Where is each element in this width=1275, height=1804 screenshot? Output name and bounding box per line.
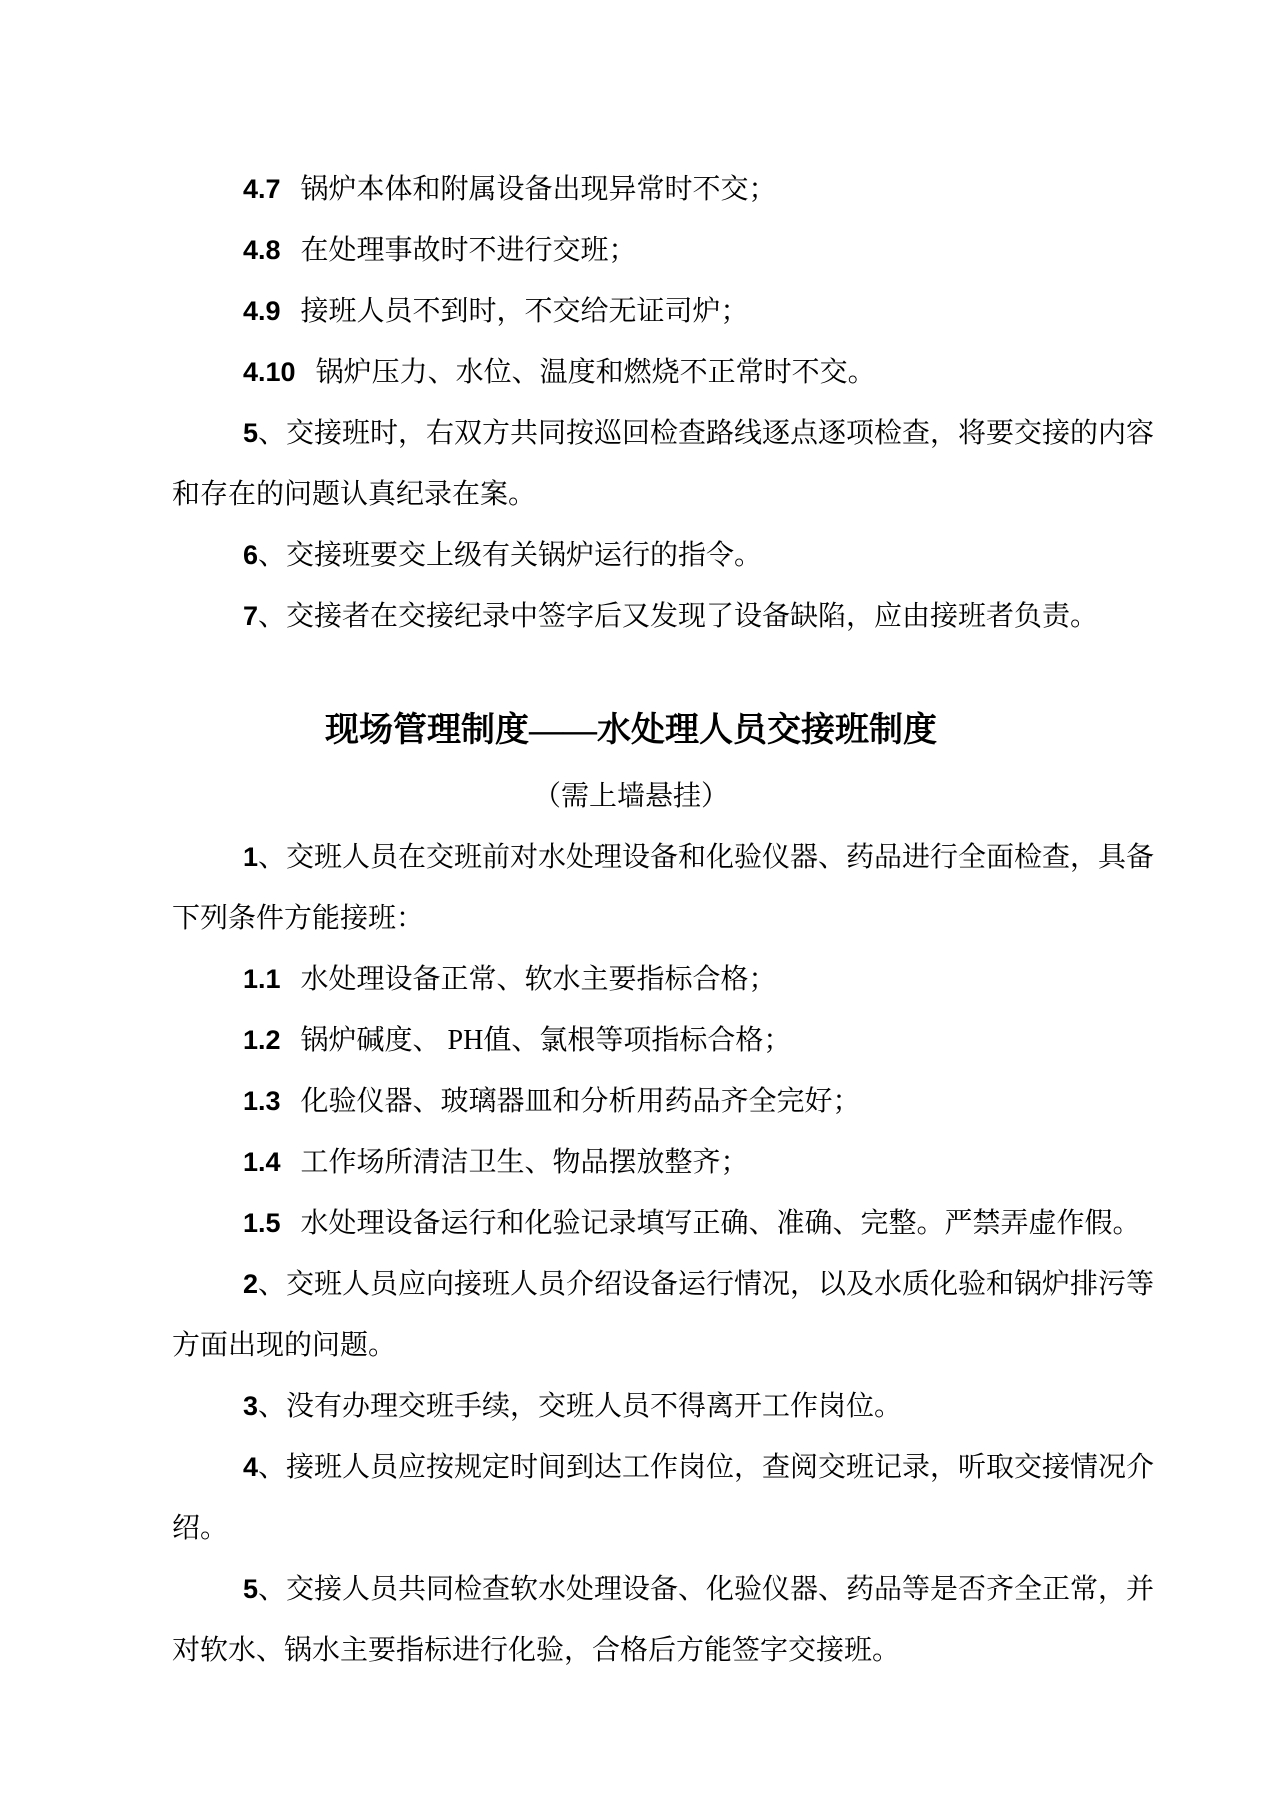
item-number: 2 [243, 1269, 258, 1299]
item-number: 4.9 [243, 296, 281, 326]
item-text: 交班人员应向接班人员介绍设备运行情况，以及水质化验和锅炉排污等 [286, 1269, 1154, 1300]
item-number-separator: 、 [258, 540, 286, 571]
item-number: 4.7 [243, 174, 281, 204]
document-body: 4.7锅炉本体和附属设备出现异常时不交；4.8在处理事故时不进行交班；4.9接班… [172, 159, 1090, 1681]
doc-continuation-line: 和存在的问题认真纪录在案。 [172, 464, 1090, 525]
doc-continuation-line: 方面出现的问题。 [172, 1315, 1090, 1376]
doc-item-line: 4.9接班人员不到时，不交给无证司炉； [172, 281, 1090, 342]
item-text: 下列条件方能接班： [172, 903, 424, 934]
item-number: 6 [243, 540, 258, 570]
item-text: 锅炉碱度、 PH值、氯根等项指标合格； [301, 1025, 792, 1056]
doc-item-line: 4.8在处理事故时不进行交班； [172, 220, 1090, 281]
item-number: 1.2 [243, 1025, 281, 1055]
item-number: 5 [243, 418, 258, 448]
doc-item-line: 1.3化验仪器、玻璃器皿和分析用药品齐全完好； [172, 1071, 1090, 1132]
doc-item-line: 7、交接者在交接纪录中签字后又发现了设备缺陷，应由接班者负责。 [172, 586, 1090, 647]
item-number-separator: 、 [258, 842, 286, 873]
document-page: 4.7锅炉本体和附属设备出现异常时不交；4.8在处理事故时不进行交班；4.9接班… [0, 0, 1275, 1804]
item-text: 交接班时，右双方共同按巡回检查路线逐点逐项检查，将要交接的内容 [286, 418, 1154, 449]
item-text: 对软水、锅水主要指标进行化验，合格后方能签字交接班。 [172, 1635, 900, 1666]
item-number: 1 [243, 842, 258, 872]
item-text: 没有办理交班手续，交班人员不得离开工作岗位。 [286, 1391, 902, 1422]
item-number: 4.8 [243, 235, 281, 265]
item-text: 接班人员不到时，不交给无证司炉； [301, 296, 749, 327]
doc-item-line: 1.2锅炉碱度、 PH值、氯根等项指标合格； [172, 1010, 1090, 1071]
item-number: 1.3 [243, 1086, 281, 1116]
section-gap [172, 647, 1090, 696]
doc-item-line: 4、接班人员应按规定时间到达工作岗位，查阅交班记录，听取交接情况介 [172, 1437, 1090, 1498]
doc-item-line: 3、没有办理交班手续，交班人员不得离开工作岗位。 [172, 1376, 1090, 1437]
doc-item-line: 1.1水处理设备正常、软水主要指标合格； [172, 949, 1090, 1010]
item-text: 在处理事故时不进行交班； [301, 235, 637, 266]
item-number: 1.1 [243, 964, 281, 994]
doc-item-line: 4.7锅炉本体和附属设备出现异常时不交； [172, 159, 1090, 220]
item-text: 锅炉压力、水位、温度和燃烧不正常时不交。 [316, 357, 876, 388]
doc-item-line: 2、交班人员应向接班人员介绍设备运行情况，以及水质化验和锅炉排污等 [172, 1254, 1090, 1315]
item-text: 交接人员共同检查软水处理设备、化验仪器、药品等是否齐全正常，并 [286, 1574, 1154, 1605]
item-text: 化验仪器、玻璃器皿和分析用药品齐全完好； [301, 1086, 861, 1117]
item-text: 接班人员应按规定时间到达工作岗位，查阅交班记录，听取交接情况介 [286, 1452, 1154, 1483]
item-text: 交接者在交接纪录中签字后又发现了设备缺陷，应由接班者负责。 [286, 601, 1098, 632]
item-text: 交班人员在交班前对水处理设备和化验仪器、药品进行全面检查，具备 [286, 842, 1154, 873]
doc-item-line: 4.10锅炉压力、水位、温度和燃烧不正常时不交。 [172, 342, 1090, 403]
item-number: 1.4 [243, 1147, 281, 1177]
item-text: 交接班要交上级有关锅炉运行的指令。 [286, 540, 762, 571]
section-subtitle: （需上墙悬挂） [172, 766, 1090, 827]
item-number: 1.5 [243, 1208, 281, 1238]
doc-item-line: 1.5水处理设备运行和化验记录填写正确、准确、完整。严禁弄虚作假。 [172, 1193, 1090, 1254]
item-number-separator: 、 [258, 1452, 286, 1483]
item-text: 绍。 [172, 1513, 228, 1544]
item-number-separator: 、 [258, 1391, 286, 1422]
item-number-separator: 、 [258, 1269, 286, 1300]
section-heading: 现场管理制度——水处理人员交接班制度 [172, 696, 1090, 766]
item-text: 水处理设备正常、软水主要指标合格； [301, 964, 777, 995]
item-text: 方面出现的问题。 [172, 1330, 396, 1361]
item-number-separator: 、 [258, 1574, 286, 1605]
item-number: 5 [243, 1574, 258, 1604]
item-number: 4.10 [243, 357, 296, 387]
item-number: 7 [243, 601, 258, 631]
doc-continuation-line: 绍。 [172, 1498, 1090, 1559]
doc-item-line: 6、交接班要交上级有关锅炉运行的指令。 [172, 525, 1090, 586]
item-text: 工作场所清洁卫生、物品摆放整齐； [301, 1147, 749, 1178]
item-number-separator: 、 [258, 601, 286, 632]
item-text: 和存在的问题认真纪录在案。 [172, 479, 536, 510]
doc-item-line: 5、交接人员共同检查软水处理设备、化验仪器、药品等是否齐全正常，并 [172, 1559, 1090, 1620]
item-number: 3 [243, 1391, 258, 1421]
doc-item-line: 1.4工作场所清洁卫生、物品摆放整齐； [172, 1132, 1090, 1193]
doc-continuation-line: 对软水、锅水主要指标进行化验，合格后方能签字交接班。 [172, 1620, 1090, 1681]
doc-item-line: 5、交接班时，右双方共同按巡回检查路线逐点逐项检查，将要交接的内容 [172, 403, 1090, 464]
doc-item-line: 1、交班人员在交班前对水处理设备和化验仪器、药品进行全面检查，具备 [172, 827, 1090, 888]
doc-continuation-line: 下列条件方能接班： [172, 888, 1090, 949]
item-number-separator: 、 [258, 418, 286, 449]
item-number: 4 [243, 1452, 258, 1482]
item-text: 水处理设备运行和化验记录填写正确、准确、完整。严禁弄虚作假。 [301, 1208, 1141, 1239]
item-text: 锅炉本体和附属设备出现异常时不交； [301, 174, 777, 205]
